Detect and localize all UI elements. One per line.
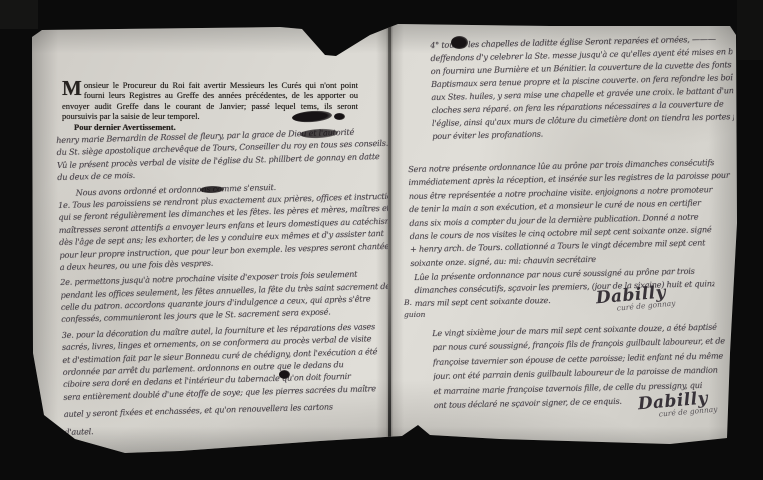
register-spread: Monsieur le Procureur du Roi fait averti…	[30, 23, 737, 457]
left-page: Monsieur le Procureur du Roi fait averti…	[52, 23, 388, 457]
right-page: 4° toutes les chapelles de laditte églis…	[400, 23, 734, 457]
scan-edge-shadow	[737, 0, 763, 60]
ink-blot	[279, 370, 290, 379]
printed-line: onsieur le Procureur du Roi fait avertir…	[84, 80, 358, 90]
scan-background: Monsieur le Procureur du Roi fait averti…	[0, 0, 763, 480]
manuscript-line: d'autel.	[64, 416, 388, 438]
right-page-closing: Sera notre présente ordonnance lûe au pr…	[408, 156, 734, 270]
right-page-article4: 4° toutes les chapelles de laditte églis…	[430, 32, 734, 143]
signature-dabilly-ordinance: Dabilly curé de gonnay	[595, 282, 676, 315]
margin-name: guion	[404, 310, 425, 319]
signature-dabilly-baptism: Dabilly curé de gonnay	[637, 388, 718, 421]
page-fold-crease	[388, 25, 391, 455]
margin-abbr: B.	[404, 298, 412, 307]
ink-blot	[451, 36, 468, 49]
ink-blot	[334, 113, 345, 120]
baptism-margin-note: B.guion	[404, 297, 425, 321]
drop-cap: M	[62, 80, 82, 97]
printed-line: la saisie de leur temporel.	[113, 111, 200, 121]
left-page-manuscript: henry marie Bernardin de Rossel de fleur…	[56, 125, 388, 438]
scan-edge-shadow	[0, 0, 38, 29]
printed-notice: Monsieur le Procureur du Roi fait averti…	[62, 80, 358, 132]
